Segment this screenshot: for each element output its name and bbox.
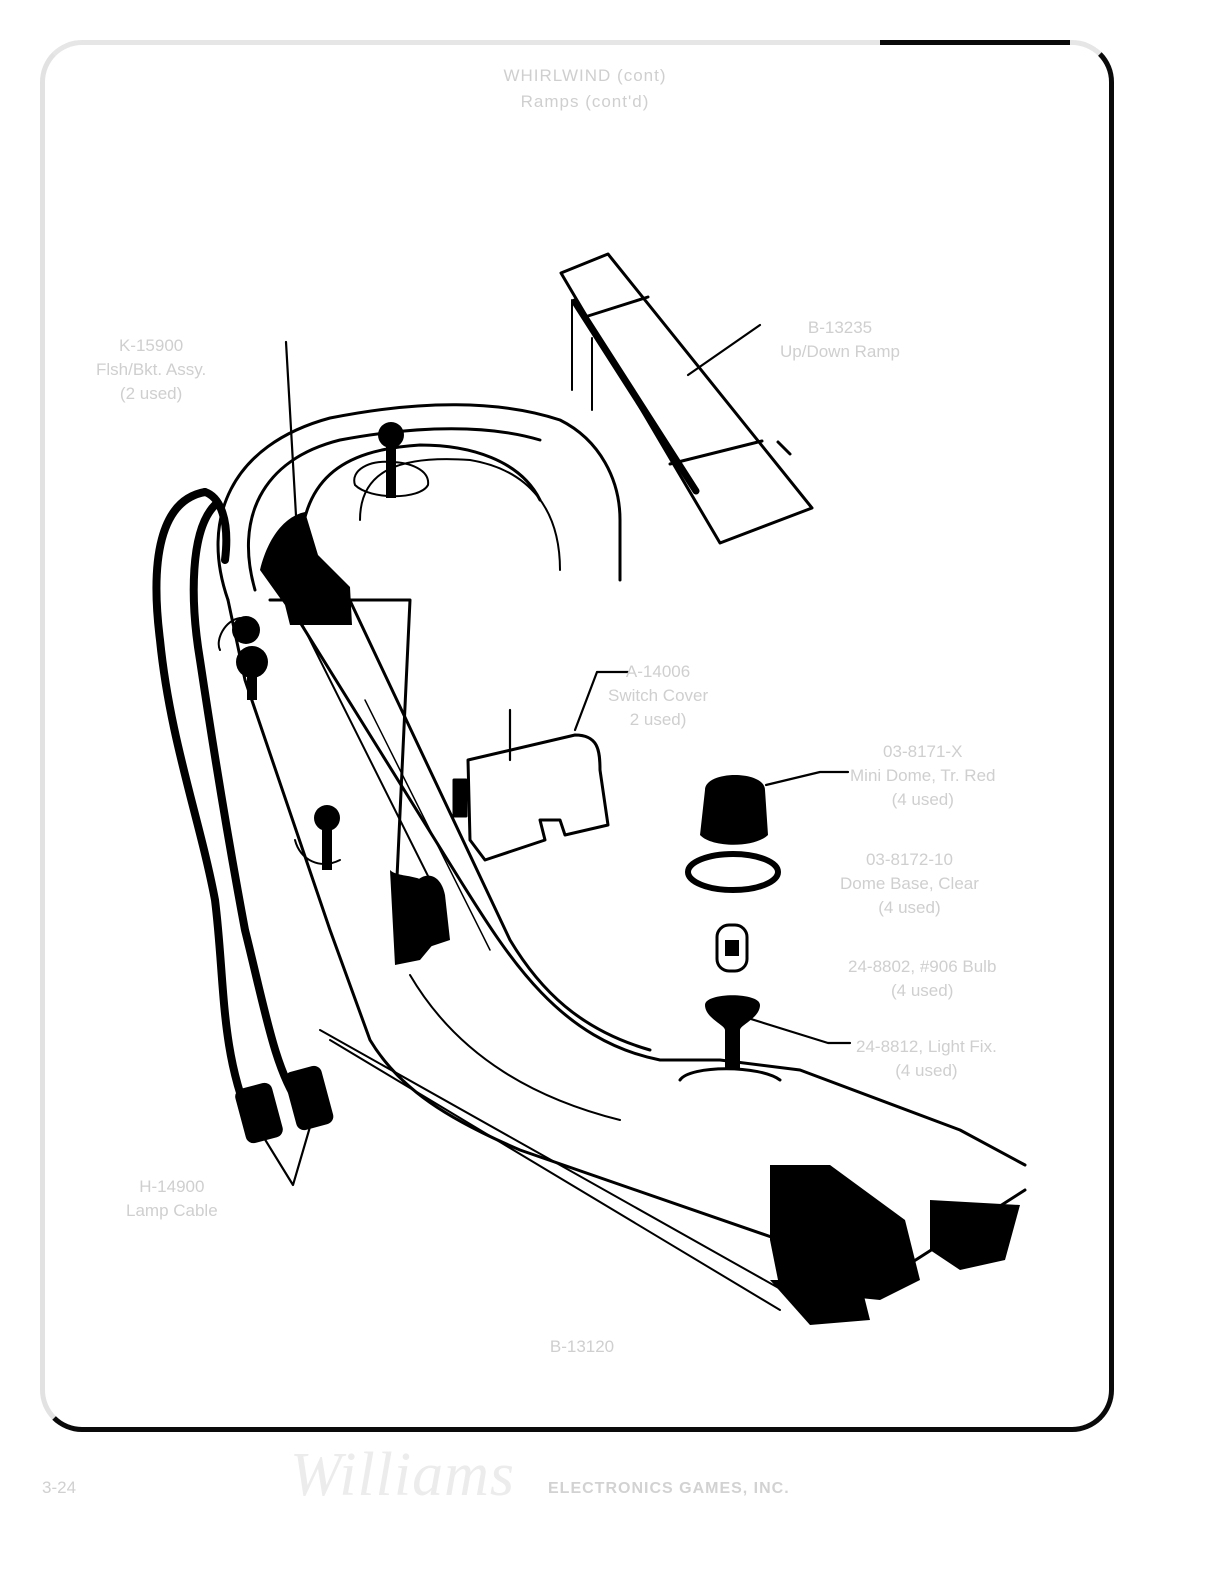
williams-logo: Williams <box>290 1440 515 1511</box>
mini-dome-stack <box>680 775 780 1080</box>
callout-flasher-assembly: K-15900Flsh/Bkt. Assy.(2 used) <box>96 334 206 406</box>
callout-mini-dome: 03-8171-XMini Dome, Tr. Red(4 used) <box>850 740 996 812</box>
callout-lamp-cable: H-14900Lamp Cable <box>126 1175 218 1223</box>
switch-cover-part <box>454 735 608 860</box>
callout-up-down-ramp: B-13235Up/Down Ramp <box>780 316 900 364</box>
callout-switch-cover: A-14006Switch Cover2 used) <box>608 660 708 732</box>
up-down-ramp <box>561 254 812 543</box>
callout-bulb: 24-8802, #906 Bulb(4 used) <box>848 955 996 1003</box>
page-number: 3-24 <box>42 1478 76 1498</box>
callout-dome-base: 03-8172-10Dome Base, Clear(4 used) <box>840 848 979 920</box>
callout-light-fixture: 24-8812, Light Fix.(4 used) <box>856 1035 997 1083</box>
company-name: ELECTRONICS GAMES, INC. <box>548 1480 790 1498</box>
drawing-number: B-13120 <box>0 1337 1164 1357</box>
